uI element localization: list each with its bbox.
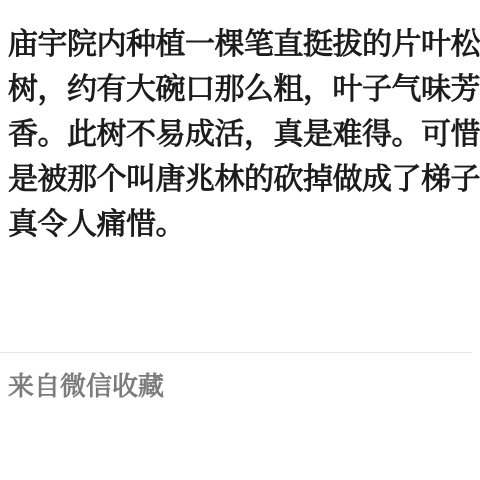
divider xyxy=(0,352,472,353)
wechat-source-label: 来自微信收藏 xyxy=(8,371,164,401)
note-line-2: 树，约有大碗口那么粗，叶子气味芳 xyxy=(8,67,476,112)
note-line-5: 真令人痛惜。 xyxy=(8,202,476,247)
note-line-1: 庙宇院内种植一棵笔直挺拔的片叶松 xyxy=(8,22,476,67)
wechat-favorite-note-page: 庙宇院内种植一棵笔直挺拔的片叶松 树，约有大碗口那么粗，叶子气味芳 香。此树不易… xyxy=(0,0,480,480)
note-paragraph: 庙宇院内种植一棵笔直挺拔的片叶松 树，约有大碗口那么粗，叶子气味芳 香。此树不易… xyxy=(8,22,476,247)
note-line-3: 香。此树不易成活，真是难得。可惜的 xyxy=(8,112,476,157)
note-line-4: 是被那个叫唐兆林的砍掉做成了梯子， xyxy=(8,157,476,202)
